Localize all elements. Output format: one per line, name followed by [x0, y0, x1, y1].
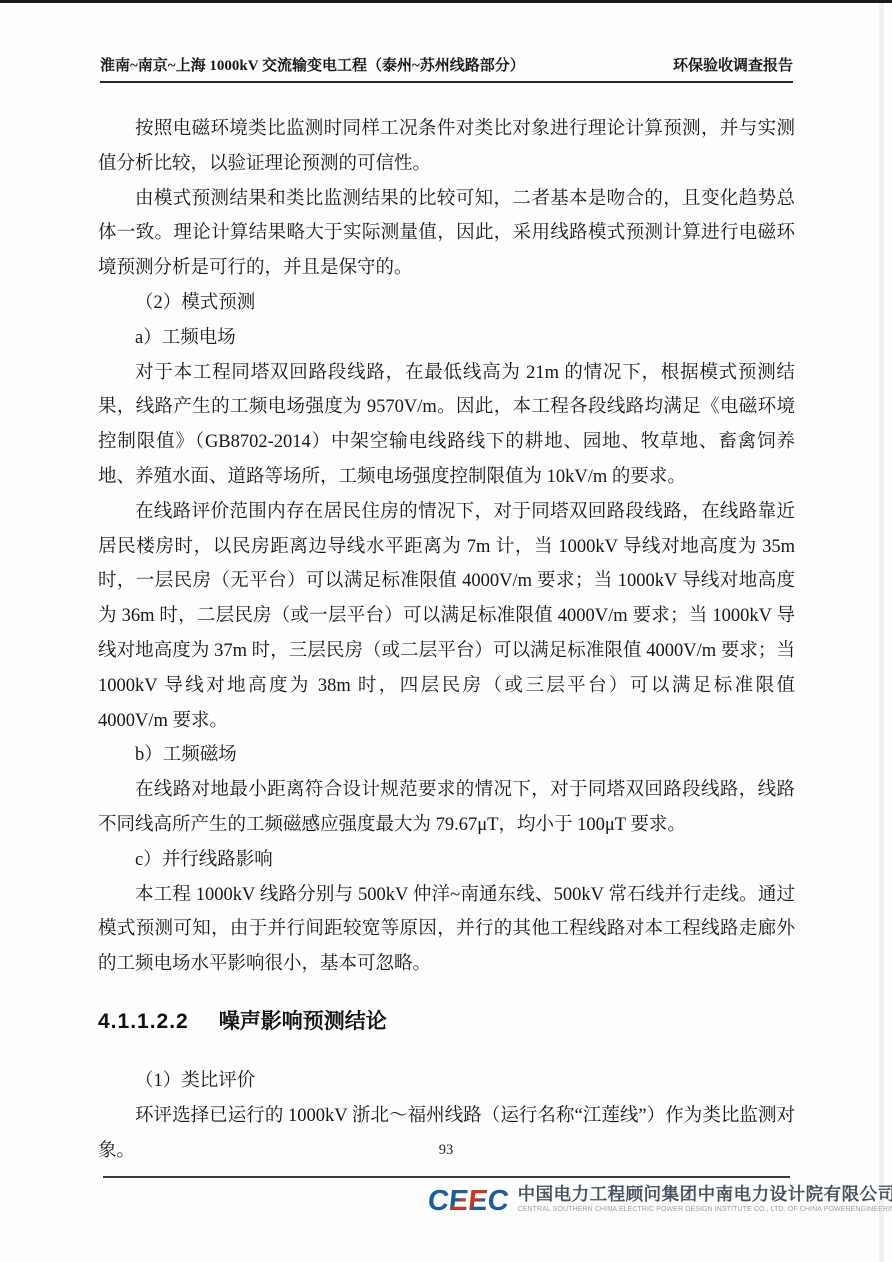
footer-divider	[103, 1176, 790, 1178]
page-number: 93	[0, 1142, 892, 1159]
paragraph: 在线路对地最小距离符合设计规范要求的情况下，对于同塔双回路段线路，线路不同线高所…	[98, 773, 795, 843]
sub-item-heading: c）并行线路影响	[98, 843, 795, 878]
ceec-logo-icon: C E E C	[426, 1184, 510, 1218]
page-header: 淮南~南京~上海 1000kV 交流输变电工程（泰州~苏州线路部分） 环保验收调…	[100, 54, 793, 83]
header-report-title: 环保验收调查报告	[673, 54, 793, 75]
paragraph: 本工程 1000kV 线路分别与 500kV 仲洋~南通东线、500kV 常石线…	[98, 878, 795, 982]
paragraph: 对于本工程同塔双回路段线路，在最低线高为 21m 的情况下，根据模式预测结果，线…	[98, 356, 795, 495]
logo-letter: C	[486, 1184, 511, 1218]
section-title: 噪声影响预测结论	[219, 1010, 387, 1033]
paragraph: 在线路评价范围内存在居民住房的情况下，对于同塔双回路段线路，在线路靠近居民楼房时…	[98, 495, 795, 739]
sub-item-heading: b）工频磁场	[98, 738, 795, 773]
scan-edge-right	[879, 3, 884, 1262]
sub-item-heading: （2）模式预测	[98, 286, 795, 321]
company-name-block: 中国电力工程顾问集团中南电力设计院有限公司 CENTRAL SOUTHERN C…	[518, 1184, 892, 1214]
paragraph: 按照电磁环境类比监测时同样工况条件对类比对象进行理论计算预测，并与实测值分析比较…	[98, 112, 795, 182]
section-heading: 4.1.1.2.2噪声影响预测结论	[98, 1006, 795, 1038]
document-body: 按照电磁环境类比监测时同样工况条件对类比对象进行理论计算预测，并与实测值分析比较…	[98, 112, 795, 1168]
company-name-english: CENTRAL SOUTHERN CHINA ELECTRIC POWER DE…	[518, 1205, 892, 1214]
scan-edge-top	[0, 0, 892, 3]
company-name-chinese: 中国电力工程顾问集团中南电力设计院有限公司	[518, 1184, 892, 1205]
sub-item-heading: （1）类比评价	[98, 1064, 795, 1099]
company-logo: C E E C 中国电力工程顾问集团中南电力设计院有限公司 CENTRAL SO…	[428, 1184, 892, 1218]
paragraph: 由模式预测结果和类比监测结果的比较可知，二者基本是吻合的，且变化趋势总体一致。理…	[98, 182, 795, 286]
document-page: 淮南~南京~上海 1000kV 交流输变电工程（泰州~苏州线路部分） 环保验收调…	[0, 0, 892, 1262]
section-number: 4.1.1.2.2	[98, 1010, 189, 1033]
header-project-title: 淮南~南京~上海 1000kV 交流输变电工程（泰州~苏州线路部分）	[100, 54, 525, 75]
sub-item-heading: a）工频电场	[98, 321, 795, 356]
